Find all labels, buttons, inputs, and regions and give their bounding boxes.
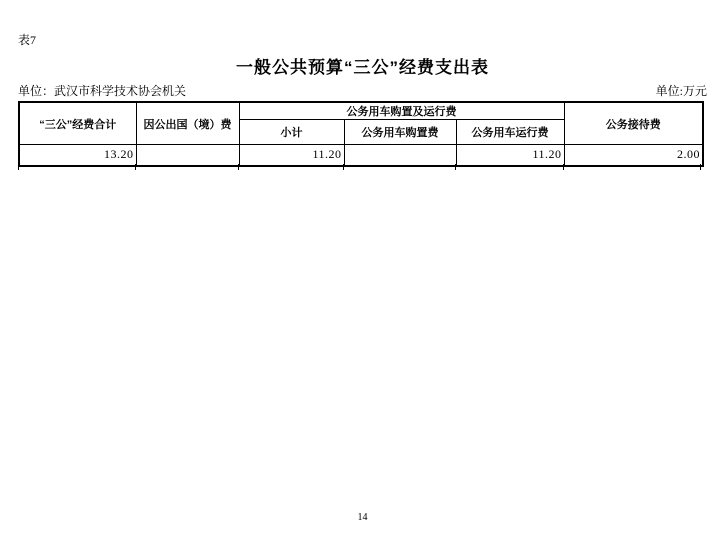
page-number: 14 [0, 512, 725, 523]
column-tick [18, 164, 19, 170]
header-vehicle-purchase: 公务用车购置费 [344, 120, 456, 145]
header-row-group: “三公”经费合计 因公出国（境）费 公务用车购置及运行费 公务接待费 [19, 102, 703, 120]
value-vehicle-operation: 11.20 [456, 145, 564, 166]
header-total: “三公”经费合计 [19, 102, 136, 145]
header-vehicle-group: 公务用车购置及运行费 [239, 102, 564, 120]
value-total: 13.20 [19, 145, 136, 166]
header-vehicle-subtotal: 小计 [239, 120, 344, 145]
header-reception: 公务接待费 [564, 102, 703, 145]
value-abroad [136, 145, 239, 166]
column-tick [343, 164, 344, 170]
value-reception: 2.00 [564, 145, 703, 166]
unit-currency-label: 单位:万元 [656, 82, 707, 99]
page-title: 一般公共预算“三公”经费支出表 [0, 53, 725, 78]
unit-row: 单位：武汉市科学技术协会机关 单位:万元 [18, 82, 707, 99]
column-tick [238, 164, 239, 170]
three-public-expenses-table: “三公”经费合计 因公出国（境）费 公务用车购置及运行费 公务接待费 小计 公务… [18, 101, 704, 167]
table-row: 13.20 11.20 11.20 2.00 [19, 145, 703, 166]
column-tick [563, 164, 564, 170]
value-vehicle-purchase [344, 145, 456, 166]
header-vehicle-operation: 公务用车运行费 [456, 120, 564, 145]
column-tick [135, 164, 136, 170]
table-number-label: 表7 [18, 31, 36, 48]
document-page: 表7 一般公共预算“三公”经费支出表 单位：武汉市科学技术协会机关 单位:万元 … [0, 0, 725, 541]
value-vehicle-subtotal: 11.20 [239, 145, 344, 166]
header-abroad: 因公出国（境）费 [136, 102, 239, 145]
column-tick [700, 164, 701, 170]
unit-organization-label: 单位：武汉市科学技术协会机关 [18, 82, 186, 99]
column-tick [455, 164, 456, 170]
